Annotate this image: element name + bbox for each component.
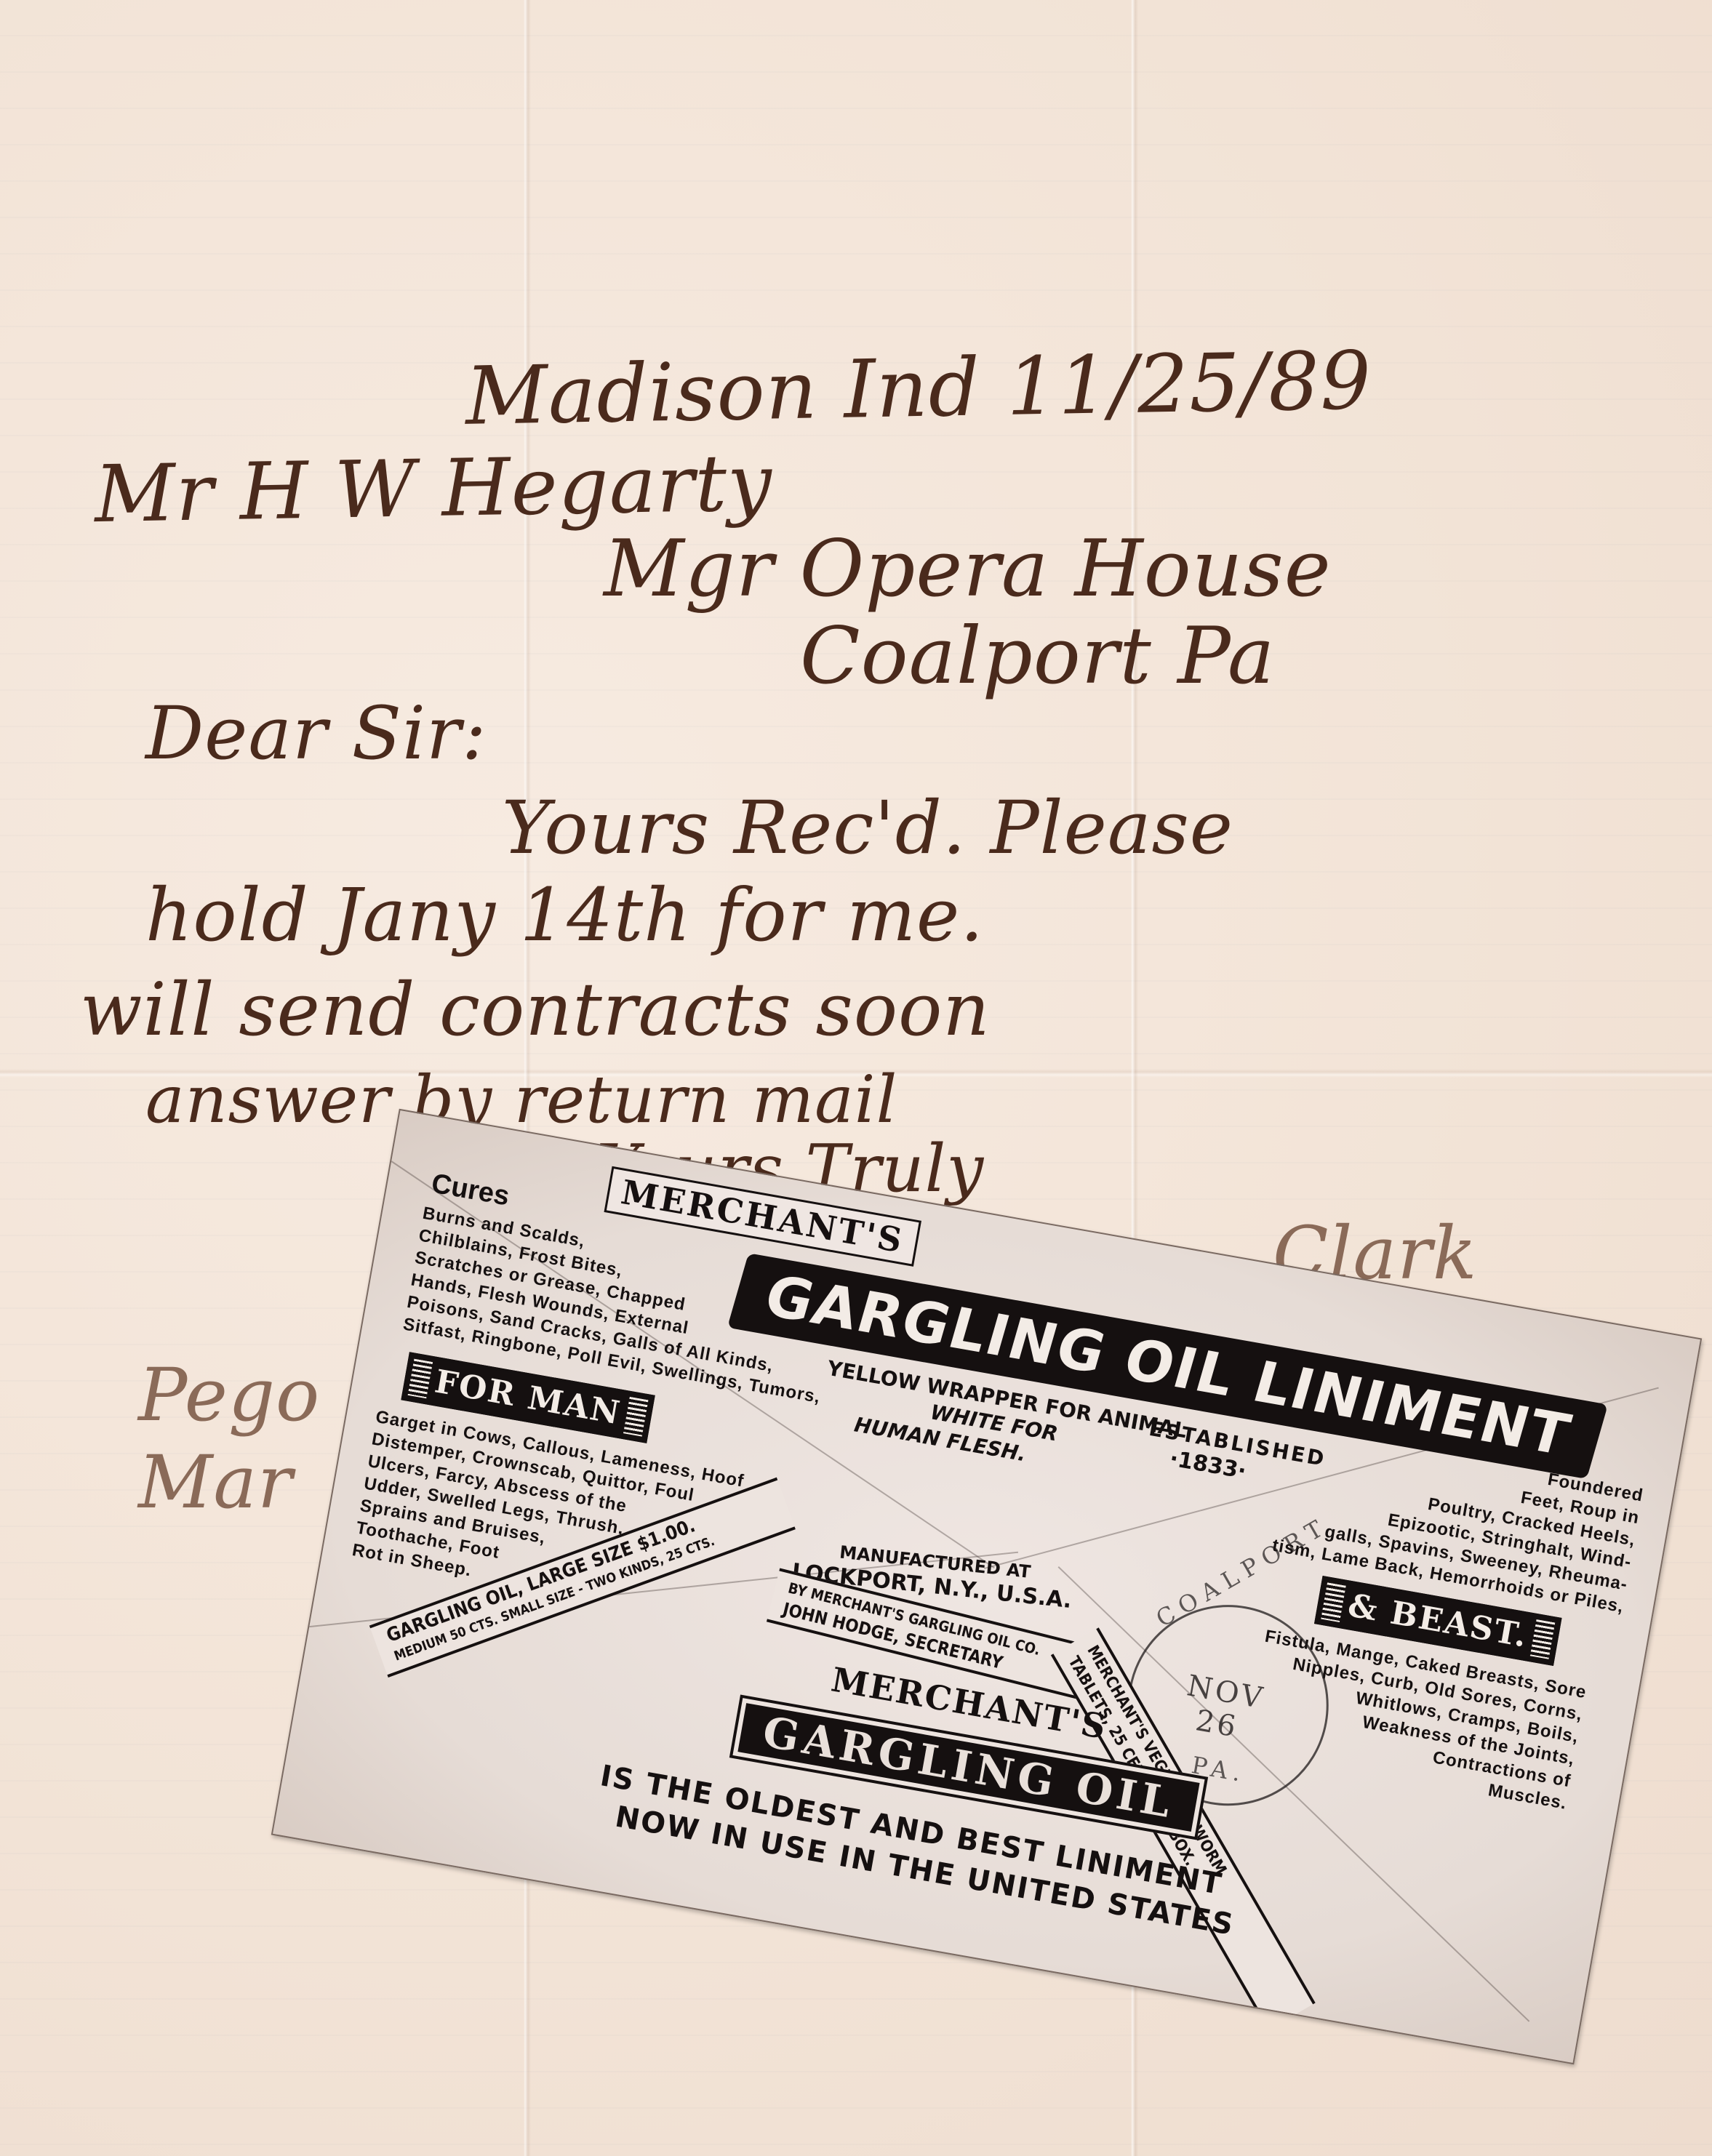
body-line-2: hold Jany 14th for me.: [145, 873, 984, 958]
dateline: Madison Ind 11/25/89: [465, 334, 1372, 443]
body-line-1: Yours Rec'd. Please: [502, 785, 1233, 870]
body-line-3: will send contracts soon: [80, 967, 991, 1052]
postmark-day: 26: [1193, 1704, 1241, 1744]
salutation: Dear Sir:: [145, 691, 487, 776]
recipient-location: Coalport Pa: [800, 611, 1275, 702]
postmark-town: COALPORT: [1151, 1511, 1334, 1632]
faint-note-1: Pego: [138, 1352, 320, 1438]
recipient-title: Mgr Opera House: [604, 524, 1332, 614]
faint-note-2: Mar: [138, 1440, 293, 1525]
body-line-4: answer by return mail: [145, 1062, 897, 1138]
